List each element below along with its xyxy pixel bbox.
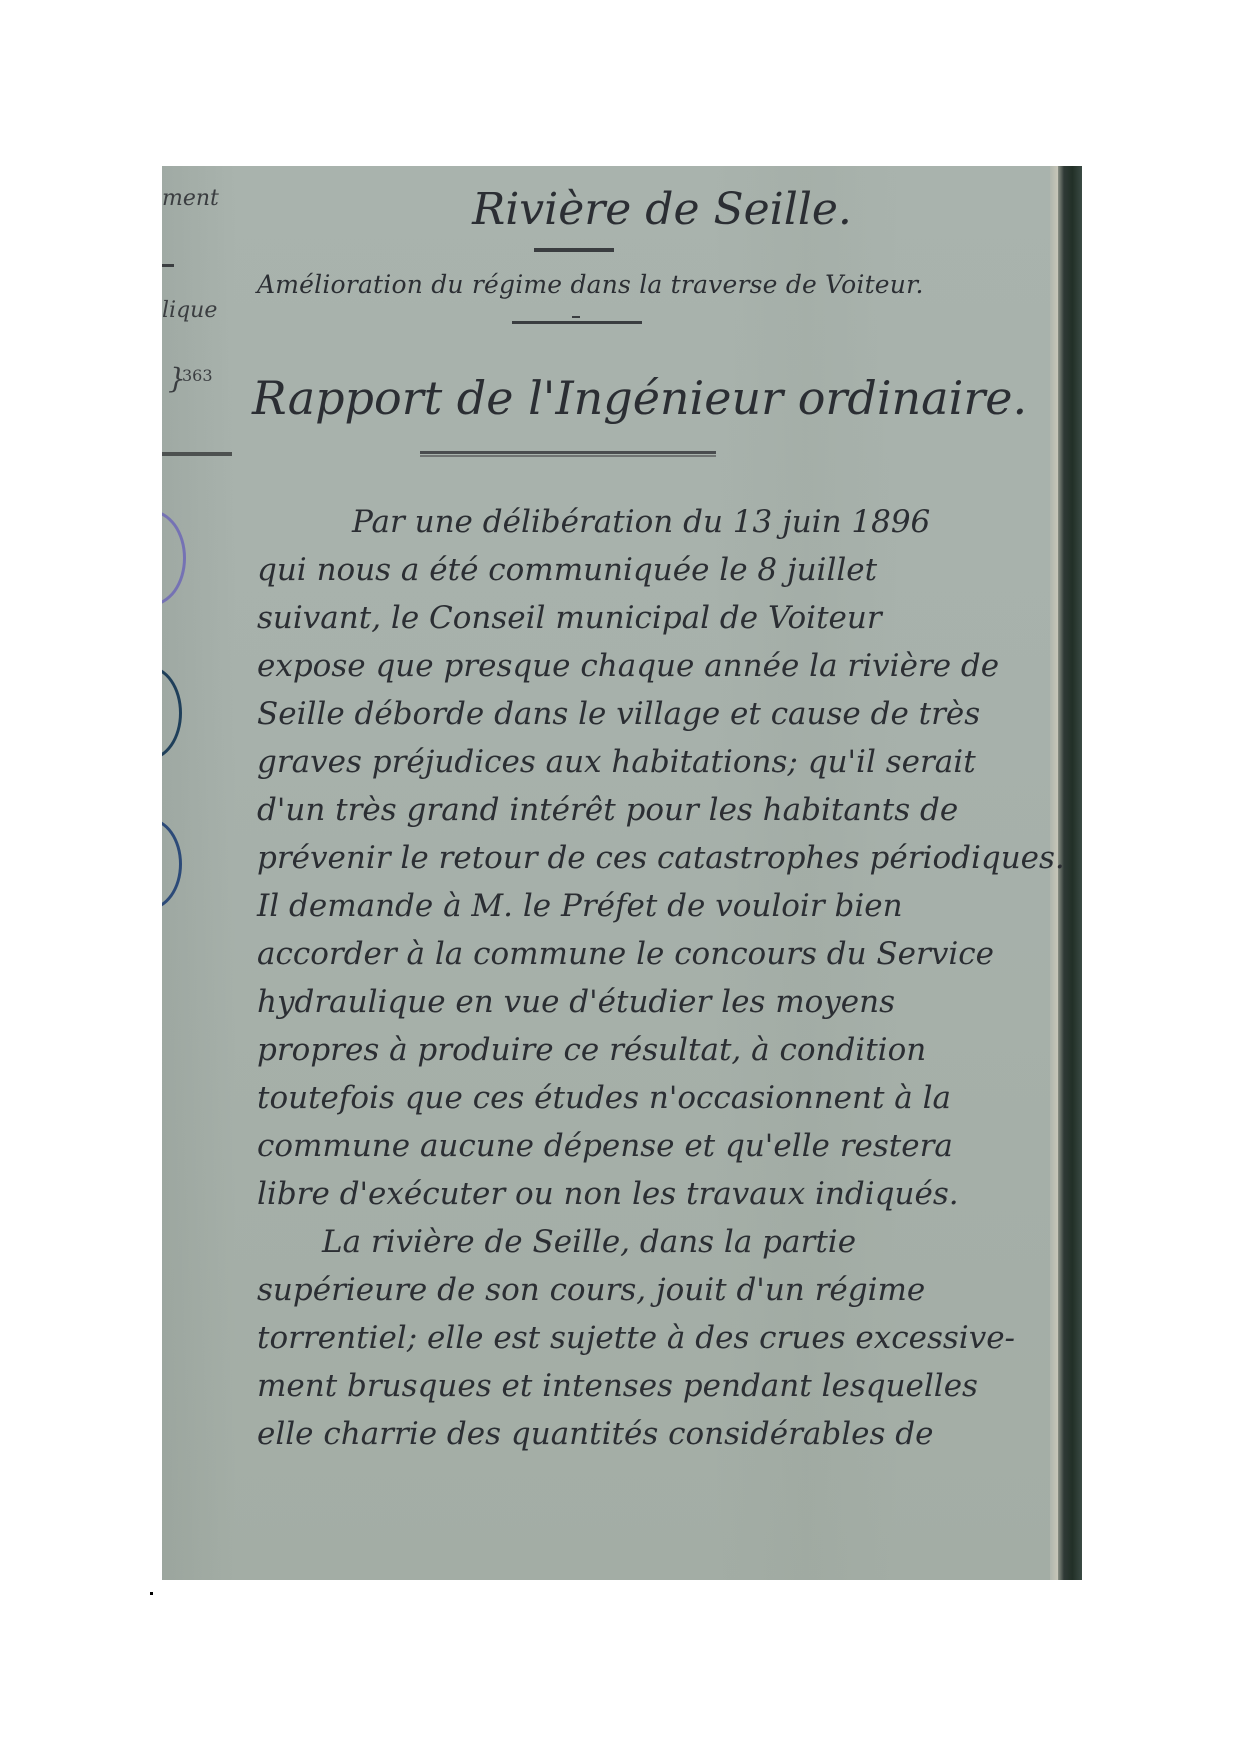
body-line: Par une délibération du 13 juin 1896 [352,504,930,540]
margin-text-1: ment [162,186,219,211]
report-underline-2 [420,455,716,457]
report-underline [420,451,716,454]
document-photo: ment lique } 363 Rivière de Seille. Amél… [162,166,1082,1580]
body-line: supérieure de son cours, jouit d'un régi… [257,1272,925,1308]
body-line: graves préjudices aux habitations; qu'il… [257,744,976,780]
body-line: elle charrie des quantités considérables… [257,1416,933,1452]
body-line: libre d'exécuter ou non les travaux indi… [257,1176,959,1212]
body-line: d'un très grand intérêt pour les habitan… [257,792,958,828]
body-line: prévenir le retour de ces catastrophes p… [257,840,1065,876]
body-line: accorder à la commune le concours du Ser… [257,936,994,972]
body-line: qui nous a été communiquée le 8 juillet [257,552,877,588]
subtitle-underline [512,321,642,324]
stray-dot [150,1592,153,1595]
body-line: Il demande à M. le Préfet de vouloir bie… [257,888,903,924]
body-line: torrentiel; elle est sujette à des crues… [257,1320,1015,1356]
margin-dash [162,264,174,267]
body-line: toutefois que ces études n'occasionnent … [257,1080,951,1116]
body-line: hydraulique en vue d'étudier les moyens [257,984,895,1020]
document-title: Rivière de Seille. [382,184,942,235]
report-heading: Rapport de l'Ingénieur ordinaire. [252,371,1027,425]
stamp-blue [162,818,182,910]
body-line: propres à produire ce résultat, à condit… [257,1032,926,1068]
body-line: commune aucune dépense et qu'elle rester… [257,1128,953,1164]
title-underline [534,248,614,252]
body-line: suivant, le Conseil municipal de Voiteur [257,600,882,636]
margin-text-2: lique [162,298,217,323]
body-line: expose que presque chaque année la riviè… [257,648,999,684]
margin-rule [162,452,232,456]
body-line: ment brusques et intenses pendant lesque… [257,1368,978,1404]
body-line: Seille déborde dans le village et cause … [257,696,980,732]
stamp-purple [162,510,186,606]
margin-ref-number: 363 [182,366,213,385]
document-subtitle: Amélioration du régime dans la traverse … [257,270,924,299]
stamp-dark-blue [162,666,182,760]
body-line: La rivière de Seille, dans la partie [322,1224,856,1260]
subtitle-mark [572,316,580,318]
